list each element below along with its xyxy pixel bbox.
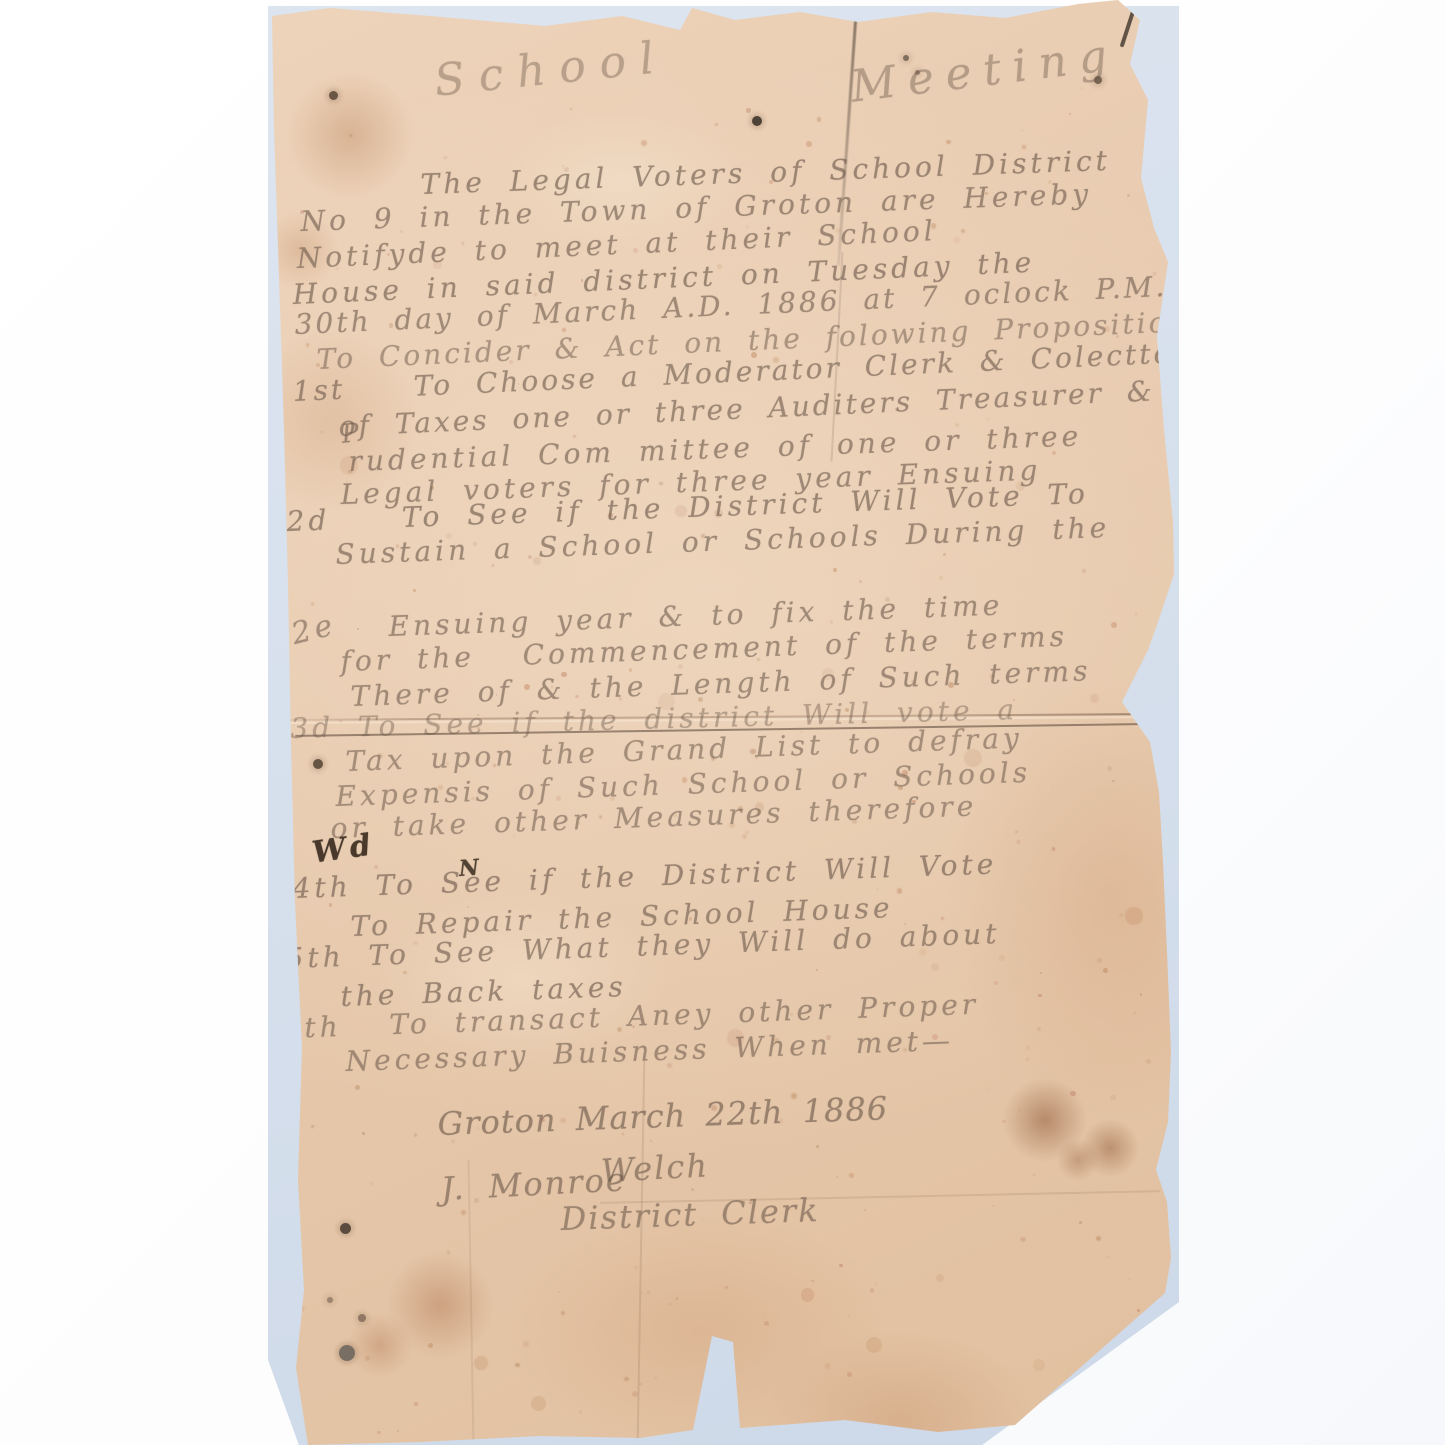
paper-speck	[849, 1173, 854, 1178]
paper-speck	[632, 1391, 638, 1397]
paper-speck	[370, 1182, 373, 1185]
paper-speck	[1111, 622, 1117, 628]
paper-speck	[1082, 569, 1086, 573]
paper-speck	[1090, 694, 1099, 703]
scan-canvas: SchoolMeetingThe Legal Voters of School …	[0, 0, 1445, 1445]
paper-speck	[1134, 1012, 1136, 1014]
paper-speck	[931, 963, 939, 971]
handwritten-line: Groton March 22th 1886	[437, 1089, 889, 1143]
paper-speck	[403, 971, 406, 974]
paper-speck	[523, 1341, 529, 1347]
paper-speck	[839, 1264, 842, 1267]
paper-speck	[634, 1266, 638, 1270]
paper-speck	[650, 1140, 652, 1142]
paper-speck	[357, 628, 359, 630]
paper-speck	[355, 1085, 360, 1090]
paper-hole	[358, 1314, 366, 1322]
paper-speck	[1107, 1256, 1110, 1259]
paper-speck	[1069, 113, 1071, 115]
paper-speck	[847, 1372, 852, 1377]
paper-speck	[1002, 1120, 1006, 1124]
paper-speck	[864, 1209, 866, 1211]
paper-speck	[764, 1321, 769, 1326]
paper-speck	[1097, 958, 1102, 963]
paper-speck	[1140, 993, 1142, 995]
paper-speck	[1018, 1109, 1021, 1112]
paper-speck	[1052, 786, 1054, 788]
paper-speck	[1103, 968, 1108, 973]
paper-speck	[350, 134, 352, 136]
paper-speck	[362, 1132, 364, 1134]
paper-speck	[1026, 1058, 1029, 1061]
paper-speck	[1017, 840, 1020, 843]
paper-speck	[1040, 972, 1042, 974]
paper-speck	[561, 1311, 565, 1315]
paper-speck	[641, 1292, 643, 1294]
paper-speck	[746, 108, 751, 113]
pencil-mark: Wd	[310, 827, 377, 870]
paper-speck	[897, 888, 902, 893]
paper-speck	[1020, 1237, 1025, 1242]
paper-speck	[624, 1377, 628, 1381]
paper-speck	[848, 1314, 850, 1316]
paper-speck	[1125, 907, 1142, 924]
paper-speck	[725, 1286, 728, 1289]
paper-speck	[836, 1176, 838, 1178]
pencil-mark: N	[458, 854, 484, 882]
paper-speck	[515, 1363, 519, 1367]
paper-hole	[752, 116, 762, 126]
paper-speck	[817, 117, 821, 121]
paper-speck	[647, 1291, 650, 1294]
paper-speck	[654, 1377, 657, 1380]
paper-speck	[579, 1410, 583, 1414]
paper-speck	[994, 981, 998, 985]
paper-speck	[833, 568, 836, 571]
paper-hole	[313, 759, 323, 769]
paper-speck	[1052, 847, 1056, 851]
paper-speck	[992, 1205, 995, 1208]
paper-speck	[414, 1402, 417, 1405]
pencil-mark: P	[340, 418, 365, 450]
paper-speck	[715, 123, 718, 126]
paper-hole	[340, 1223, 351, 1234]
paper-speck	[816, 1145, 819, 1148]
paper-speck	[1037, 1027, 1041, 1031]
paper-speck	[641, 140, 647, 146]
handwritten-line: Meeting	[848, 29, 1122, 112]
paper-speck	[639, 1382, 643, 1386]
paper-speck	[859, 580, 862, 583]
paper-speck	[531, 1396, 546, 1411]
paper-speck	[1079, 1221, 1082, 1224]
handwritten-line: School	[432, 32, 670, 107]
paper-speck	[1127, 194, 1130, 197]
paper-speck	[1033, 1359, 1045, 1371]
paper-speck	[1026, 1045, 1031, 1050]
paper-speck	[1015, 831, 1017, 833]
paper-speck	[1112, 780, 1115, 783]
paper-speck	[413, 589, 416, 592]
paper-speck	[329, 903, 333, 907]
paper-hole	[329, 91, 338, 100]
paper-speck	[1033, 1174, 1035, 1176]
handwritten-line: District Clerk	[560, 1191, 820, 1238]
paper-speck	[397, 1430, 399, 1432]
paper-speck	[877, 888, 879, 890]
paper-speck	[1146, 1059, 1152, 1065]
paper-speck	[365, 1356, 370, 1361]
paper-speck	[811, 1280, 813, 1282]
paper-hole	[339, 1345, 355, 1361]
paper-speck	[986, 418, 989, 421]
paper-speck	[1107, 766, 1112, 771]
paper-speck	[954, 237, 960, 243]
paper-speck	[1070, 1091, 1076, 1097]
paper-speck	[801, 1288, 814, 1301]
paper-speck	[676, 1297, 678, 1299]
paper-speck	[946, 140, 951, 145]
paper-speck	[474, 1356, 488, 1370]
paper-speck	[806, 141, 812, 147]
paper-speck	[742, 834, 747, 839]
paper-speck	[961, 229, 965, 233]
paper-speck	[816, 969, 818, 971]
paper-document: SchoolMeetingThe Legal Voters of School …	[0, 0, 1445, 1445]
paper-speck	[691, 1188, 694, 1191]
paper-speck	[570, 108, 572, 110]
paper-speck	[1096, 1236, 1101, 1241]
paper-speck	[986, 1089, 988, 1091]
paper-speck	[936, 1274, 944, 1282]
paper-speck	[558, 1291, 560, 1293]
paper-speck	[669, 1303, 671, 1305]
pencil-mark: 2e	[288, 607, 340, 652]
paper-speck	[311, 602, 315, 606]
paper-speck	[311, 1125, 314, 1128]
paper-speck	[1021, 130, 1023, 132]
paper-speck	[447, 1251, 450, 1254]
paper-hole	[327, 1297, 333, 1303]
paper-speck	[939, 576, 942, 579]
paper-speck	[1137, 1309, 1140, 1312]
paper-speck	[870, 1288, 875, 1293]
paper-speck	[1129, 1278, 1131, 1280]
paper-speck	[875, 1283, 877, 1285]
paper-speck	[1119, 913, 1122, 916]
paper-speck	[444, 156, 447, 159]
paper-speck	[1038, 994, 1041, 997]
paper-speck	[377, 1431, 380, 1434]
paper-speck	[1081, 88, 1083, 90]
paper-speck	[414, 1133, 418, 1137]
paper-speck	[764, 1312, 766, 1314]
paper-speck	[461, 1210, 466, 1215]
paper-speck	[825, 1363, 831, 1369]
paper-speck	[1135, 613, 1137, 615]
paper-speck	[321, 431, 323, 433]
paper-speck	[943, 553, 946, 556]
handwritten-line: Welch	[600, 1146, 710, 1190]
paper-speck	[999, 955, 1005, 961]
paper-speck	[1110, 1095, 1115, 1100]
paper-speck	[306, 343, 309, 346]
paper-speck	[866, 1337, 882, 1353]
paper-speck	[428, 1343, 433, 1348]
